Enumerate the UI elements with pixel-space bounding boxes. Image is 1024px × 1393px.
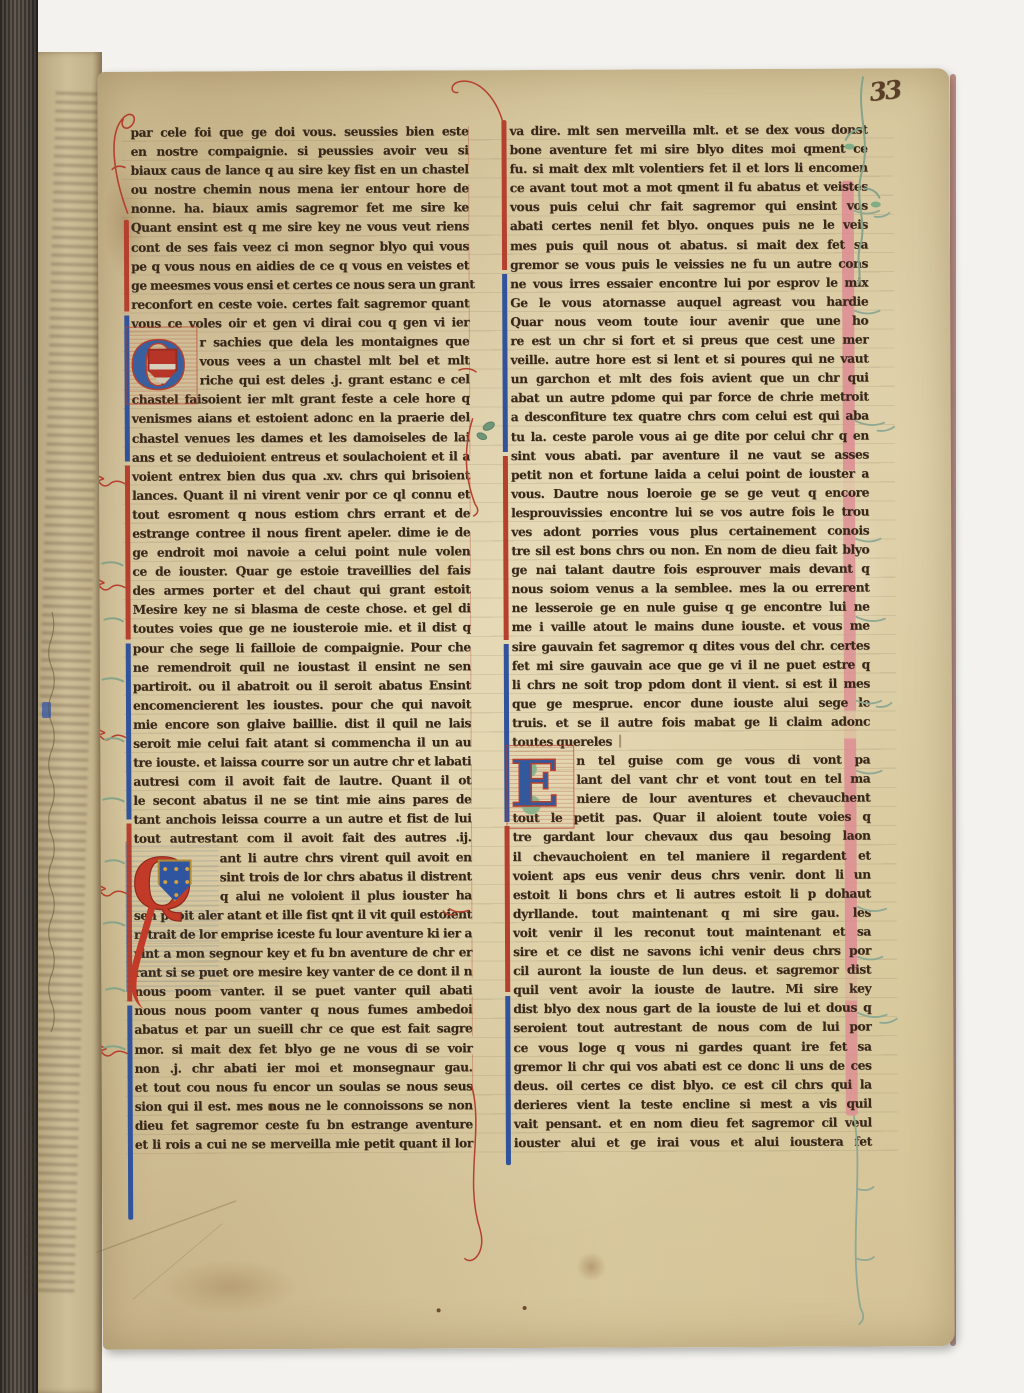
text-line: et li rois a cui ne se merveilla mie pet… [135, 1134, 473, 1155]
text-line: sire gauvain fet sagremor q dites vous d… [512, 636, 870, 657]
text-line: dist blyo dex nous gart de la iouste de … [513, 999, 871, 1020]
text-line: va dire. mlt sen merveilla mlt. et se de… [509, 121, 867, 142]
text-line: ves adont porries vous plus certainement… [511, 521, 869, 542]
text-line: ou nostre chemin nous mena ier entour ho… [131, 180, 469, 201]
text-line: ne remendroit quil ne ioustast il ensint… [133, 657, 471, 678]
text-line: chastel venues les dames et les damoisel… [132, 428, 470, 449]
text-line: nous nous poom vanter q nous fumes ambed… [134, 1001, 472, 1022]
red-margin-antennae [97, 475, 127, 1056]
text-line: il chevauchoient en tel maniere il regar… [513, 846, 871, 867]
text-line: tu la. ceste parole vous ai ge dite por … [511, 426, 869, 447]
text-line: tout esroment q nous estiom chrs errant … [132, 504, 470, 525]
text-line: estoit li bons chrs et li autres estoit … [513, 884, 871, 905]
text-line: seroit mie celui fait atant si commencha… [133, 733, 471, 754]
parchment-page: 33 par cele foi que ge doi vous. seussie… [97, 68, 955, 1350]
pinhole [523, 1306, 527, 1310]
text-line: me i vaille atout le mains dune iouste. … [512, 617, 870, 638]
illuminated-initial-o: O [129, 330, 195, 402]
text-line: par cele foi que ge doi vous. seussies b… [130, 122, 468, 143]
pinhole [437, 1308, 441, 1312]
text-line: sint vous abati. par aventure il ne vaut… [511, 445, 869, 466]
text-line: des armes porter et del chaut qui grant … [132, 580, 470, 601]
text-line: bone aventure fet mi sire blyo dites moi… [510, 140, 868, 161]
crease [132, 1181, 223, 1341]
text-line: cil auront la iouste de lun deus. et sag… [513, 961, 871, 982]
text-line: tre iouste. et laissa courre sor un autr… [133, 752, 471, 773]
text-line: abatus et par un sueill chr ce que est f… [134, 1020, 472, 1041]
text-line: gremor se vous puis le veissies ne fu un… [510, 254, 868, 275]
text-line: non .j. chr abati ier moi et monsegnaur … [135, 1058, 473, 1079]
illuminated-initial-e: E [510, 748, 572, 824]
text-line: ge nai talant dautre fois esprouver mais… [511, 560, 869, 581]
text-line: en nostre compaignie. si peussies avoir … [131, 141, 469, 162]
sage-margin-ticks [101, 562, 125, 1050]
gutter-marginalia-squiggle [38, 52, 102, 1393]
text-line: pour che sege li failloie de compaignie.… [133, 638, 471, 659]
text-line: cont de ses fais veez ci mon segnor blyo… [131, 237, 469, 258]
text-line: derieres vient la teste encline si mest … [514, 1094, 872, 1115]
text-line: le secont abatus il ne se tint mie ains … [133, 791, 471, 812]
text-line: fu. si mait dex mlt volentiers fet il et… [510, 159, 868, 180]
text-line: ge endroit moi navoie a celui point nule… [132, 542, 470, 563]
text-line: gremor li chr qui vos abati est ce donc … [514, 1056, 872, 1077]
text-line: truis. et se il autre fois mabat ge li c… [512, 712, 870, 733]
text-line: sire et ce dist ne savons ichi venir deu… [513, 942, 871, 963]
stain [576, 1252, 606, 1282]
text-line: Mesire key ne si blasma de ceste chose. … [133, 600, 471, 621]
text-line: ans et se deduioient entreus et soulacho… [132, 447, 470, 468]
text-line: venismes aians et estoient adonc en la p… [132, 409, 470, 430]
text-line: abati certes nenil fet blyo. onques puis… [510, 216, 868, 237]
text-line: voit venir il les reconut tout maintenan… [513, 922, 871, 943]
text-line: li chrs ne soit trop pdom dont il vient.… [512, 674, 870, 695]
text-line: ce de iouster. Quar ge estoie traveillie… [132, 561, 470, 582]
initial-letter: E [510, 748, 572, 822]
text-line: iouster alui et ge irai vous et alui iou… [514, 1132, 872, 1153]
text-line: abat un autre pdome qui par force de chr… [511, 388, 869, 409]
text-line: voient aps eus venir deus chrs venir. do… [513, 865, 871, 886]
text-line: veille. autre hore est si lent et si pou… [510, 350, 868, 371]
text-line: dyrllande. tout maintenant q mi sire gau… [513, 903, 871, 924]
folio-number: 33 [868, 75, 902, 107]
text-line: quil vent avoir la iouste de lautre. Mi … [513, 980, 871, 1001]
text-line: Quar nous veom toute iour avenir que une… [510, 311, 868, 332]
gutter-green-leaf [476, 420, 496, 441]
text-line: et tout cou nous fu encor un soulas se n… [135, 1077, 473, 1098]
text-line: petit non et fortune laida a celui point… [511, 464, 869, 485]
text-line: mor. si mait dex fet blyo ge ne vous di … [134, 1039, 472, 1060]
text-line: vous puis celui chr fait sagremor qui en… [510, 197, 868, 218]
manuscript-photo: { "photo": { "backdrop_color": "#f3f2ee"… [0, 0, 1024, 1393]
text-line: partiroit. ou il abatroit ou il seroit a… [133, 676, 471, 697]
text-line: ne vous irres essaier encontre lui por e… [510, 273, 868, 294]
illuminated-initial-q: Q [132, 845, 220, 929]
text-line: ge meesmes vous ensi et certes ce nous s… [131, 275, 469, 296]
text-line: mie encore son glaive baillie. dist il q… [133, 714, 471, 735]
text-line: tre gardant lour chevaux dus qau besoing… [513, 827, 871, 848]
text-line: reconfort en ceste voie. certes fait sag… [131, 294, 469, 315]
text-line: un garchon et mlt des fois avient que un… [511, 369, 869, 390]
text-line: lances. Quant il ni virent venir por ce … [132, 485, 470, 506]
text-line: ne lesseroie ge en nule guise q ge encon… [512, 598, 870, 619]
text-column-b: va dire. mlt sen merveilla mlt. et se de… [509, 121, 871, 1154]
text-line: pe q vous nous en aidies de ce q vous en… [131, 256, 469, 277]
text-line: biaux caus de lance q au sire key fist e… [131, 160, 469, 181]
gutter-blue-mark [42, 702, 51, 718]
text-line: ce avant tout mot a mot qment il fu abat… [510, 178, 868, 199]
text-line: a desconfiture tex quatre chrs com celui… [511, 407, 869, 428]
facing-leaf-edge [38, 52, 102, 1393]
text-line: voient entrex bien dus qua .xv. chrs qui… [132, 466, 470, 487]
text-line: mes puis quil nous ot abatus. si mait de… [510, 235, 868, 256]
text-line: vait pensant. et en nom dieu fet sagremo… [514, 1113, 872, 1134]
text-line: encomencierent les ioustes. pour che qui… [133, 695, 471, 716]
text-line: estrange contree il nous firent apeler. … [132, 523, 470, 544]
text-line: vous. Dautre nous loeroie ge se ge veut … [511, 483, 869, 504]
text-line: tre sil est bons chrs ou non. En nom de … [511, 541, 869, 562]
text-line: tant anchois leissa courre a un autre et… [133, 810, 471, 831]
text-line: lesprouvissies encontre lui se vos autre… [511, 502, 869, 523]
text-line: re est un chr si fort et si preus que ce… [510, 331, 868, 352]
text-line: seroient tout autrestant de nous com de … [513, 1018, 871, 1039]
text-line: autresi com il avoit fait de lautre. Qua… [133, 771, 471, 792]
text-line: fet mi sire gauvain ace que ge vi il ne … [512, 655, 870, 676]
text-line: deus. oil certes ce dist blyo. ce est ci… [514, 1075, 872, 1096]
text-line: que ge mesprue. encor dune iouste alui s… [512, 693, 870, 714]
text-line: ce vous loge q vous ni gardes quant ire … [513, 1037, 871, 1058]
text-line: nonne. ha. biaux amis sagremor fet me si… [131, 199, 469, 220]
stain [162, 1259, 297, 1315]
text-line: nous soiom venus a la semblee. mes la ou… [511, 579, 869, 600]
text-line: toutes voies que ge ne iousteroie mie. e… [133, 619, 471, 640]
text-line: Ge le vous atornasse auquel agreast vou … [510, 292, 868, 313]
text-line: dieu fet sagremor ceste fu bn estrange a… [135, 1115, 473, 1136]
text-line: sion qui il est. mes nous ne le connoiss… [135, 1096, 473, 1117]
text-line: Quant ensint est q me sire key ne vous v… [131, 218, 469, 239]
text-column-a: par cele foi que ge doi vous. seussies b… [130, 122, 472, 1155]
